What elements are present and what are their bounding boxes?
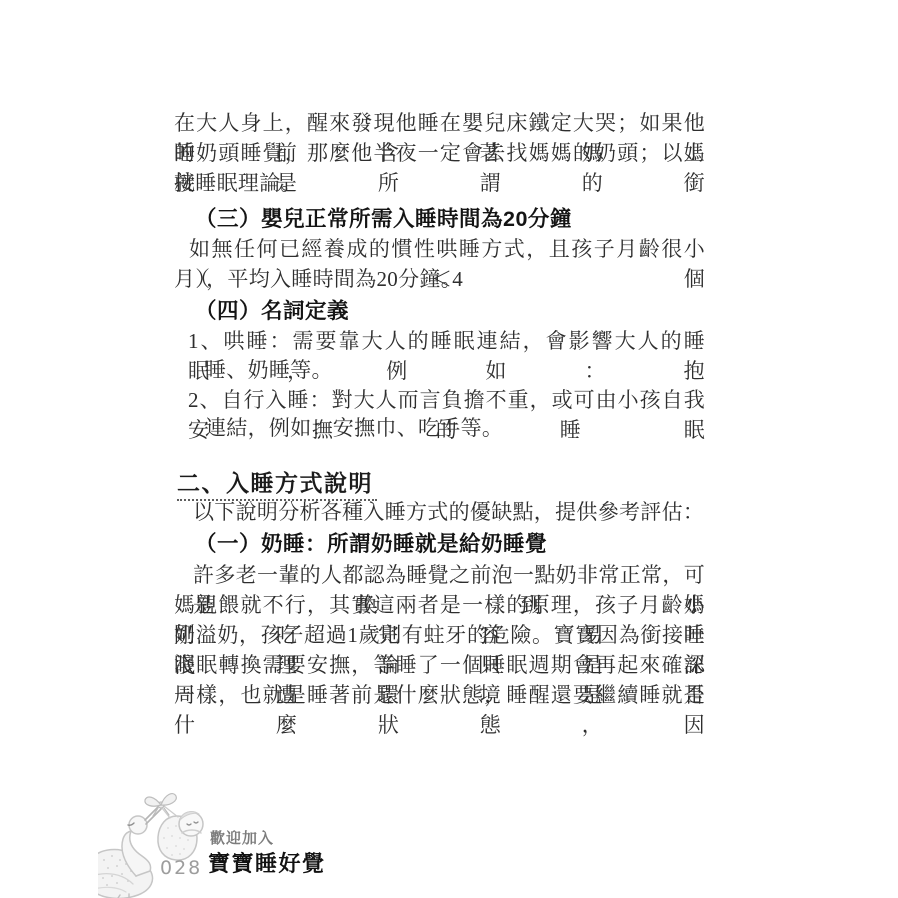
heading-three: （三）嬰兒正常所需入睡時間為20分鐘 (174, 204, 705, 234)
definition-1-line-2: 睡、奶睡等。 (174, 355, 705, 385)
page-number: 028 (160, 856, 202, 880)
stork-illustration (98, 786, 228, 898)
para-prev-line-3: 接睡眠理論。 (174, 168, 705, 198)
para-milk-line-5: 一樣，也就是睡著前是什麼狀態，睡醒還要繼續睡就是什麼狀態，因 (174, 680, 705, 740)
book-page: 在大人身上，醒來發現他睡在嬰兒床鐵定大哭；如果他睡前含著媽媽 的奶頭睡覺，那麼他… (0, 0, 898, 898)
heading-one: （一）奶睡：所謂奶睡就是給奶睡覺 (174, 529, 705, 559)
para-20min-line-2: 月），平均入睡時間為20分鐘。 (174, 264, 705, 294)
heading-four: （四）名詞定義 (174, 296, 705, 326)
footer-tagline: 歡迎加入 (210, 829, 274, 849)
section-two-intro: 以下說明分析各種入睡方式的優缺點，提供參考評估： (174, 497, 705, 527)
definition-2-line-2: 連結，例如：安撫巾、吃手等。 (174, 413, 705, 443)
footer-brand-title: 寶寶睡好覺 (208, 849, 326, 879)
